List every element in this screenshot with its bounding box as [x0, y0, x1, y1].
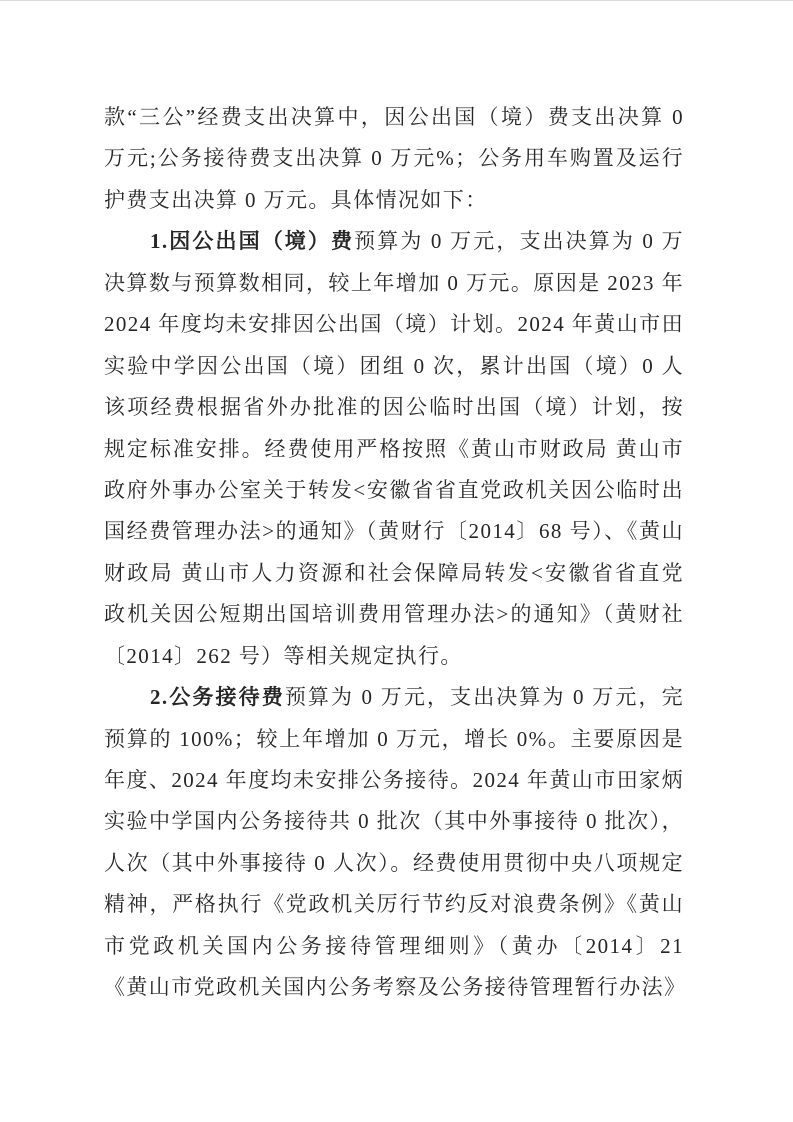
paragraph-item-2: 2.公务接待费预算为 0 万元，支出决算为 0 万元，完成 预算的 100%；较…: [104, 677, 684, 1009]
text-line: 2024 年度均未安排因公出国（境）计划。2024 年黄山市田家炳: [104, 304, 684, 345]
text-line: 预算的 100%；较上年增加 0 万元，增长 0%。主要原因是 2023: [104, 719, 684, 760]
text-line: 决算数与预算数相同，较上年增加 0 万元。原因是 2023 年度、: [104, 263, 684, 304]
text-line: 人次（其中外事接待 0 人次）。经费使用贯彻中央八项规定: [104, 843, 684, 884]
text-line: 实验中学因公出国（境）团组 0 次，累计出国（境）0 人次。: [104, 346, 684, 387]
text-line: 市党政机关国内公务接待管理细则》（黄办〔2014〕21 号）、: [104, 926, 684, 967]
text-line: 〔2014〕262 号）等相关规定执行。: [104, 636, 684, 677]
text-line: 政机关因公短期出国培训费用管理办法>的通知》（黄财社: [104, 594, 684, 635]
item-1-heading: 1.因公出国（境）费: [150, 229, 354, 253]
text-line: 款“三公”经费支出决算中，因公出国（境）费支出决算 0: [104, 97, 684, 138]
text-line: 政府外事办公室关于转发<安徽省省直党政机关因公临时出: [104, 470, 684, 511]
text-line: 万元;公务接待费支出决算 0 万元%；公务用车购置及运行维: [104, 138, 684, 179]
text-line: 护费支出决算 0 万元。具体情况如下：: [104, 180, 684, 221]
text-line: 实验中学国内公务接待共 0 批次（其中外事接待 0 批次），0: [104, 801, 684, 842]
item-2-heading: 2.公务接待费: [150, 685, 285, 709]
text-line: 规定标准安排。经费使用严格按照《黄山市财政局 黄山市: [104, 429, 684, 470]
text-line: 国经费管理办法>的通知》（黄财行〔2014〕68 号）、《黄山市: [104, 511, 684, 552]
paragraph-intro: 款“三公”经费支出决算中，因公出国（境）费支出决算 0 万元;公务接待费支出决算…: [104, 97, 684, 221]
text-line: 精神，严格执行《党政机关厉行节约反对浪费条例》《黄山: [104, 884, 684, 925]
document-text-block: 款“三公”经费支出决算中，因公出国（境）费支出决算 0 万元;公务接待费支出决算…: [104, 97, 684, 1009]
text-line: 年度、2024 年度均未安排公务接待。2024 年黄山市田家炳: [104, 760, 684, 801]
text-line: 1.因公出国（境）费预算为 0 万元，支出决算为 0 万元，: [104, 221, 684, 262]
paragraph-item-1: 1.因公出国（境）费预算为 0 万元，支出决算为 0 万元， 决算数与预算数相同…: [104, 221, 684, 677]
text-line: 2.公务接待费预算为 0 万元，支出决算为 0 万元，完成: [104, 677, 684, 718]
text-line: 该项经费根据省外办批准的因公临时出国（境）计划，按照: [104, 387, 684, 428]
text-line: 财政局 黄山市人力资源和社会保障局转发<安徽省省直党: [104, 553, 684, 594]
document-page: 款“三公”经费支出决算中，因公出国（境）费支出决算 0 万元;公务接待费支出决算…: [0, 0, 793, 1122]
text-line: 《黄山市党政机关国内公务考察及公务接待管理暂行办法》: [104, 967, 684, 1008]
